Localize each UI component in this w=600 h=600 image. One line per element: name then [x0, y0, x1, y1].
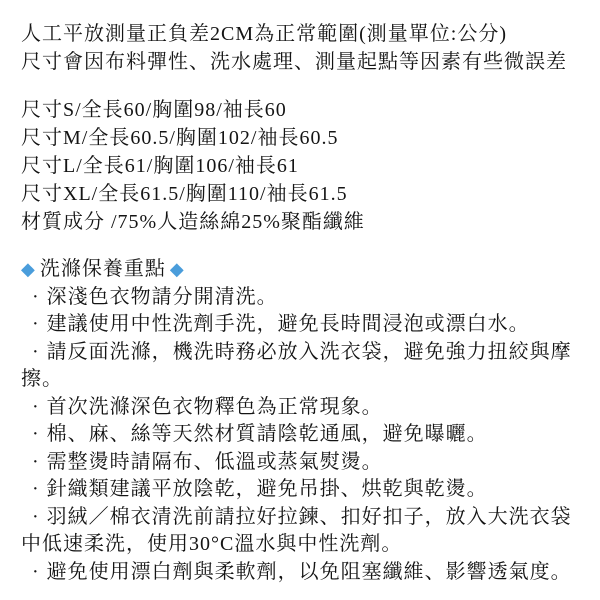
- care-item: ·深淺色衣物請分開清洗。: [21, 284, 585, 312]
- size-spec-m: 尺寸M/全長60.5/胸圍102/袖長60.5: [21, 124, 585, 152]
- care-item-text: 首次洗滌深色衣物釋色為正常現象。: [47, 396, 383, 418]
- care-item: ·首次洗滌深色衣物釋色為正常現象。: [21, 394, 585, 422]
- care-item: ·避免使用漂白劑與柔軟劑，以免阻塞纖維、影響透氣度。: [21, 559, 585, 587]
- bullet-dot: ·: [32, 561, 40, 583]
- bullet-dot: ·: [32, 396, 40, 418]
- bullet-dot: ·: [32, 313, 40, 335]
- bullet-dot: ·: [32, 286, 40, 308]
- care-heading: ◆洗滌保養重點◆: [21, 256, 585, 284]
- material-composition: 材質成分 /75%人造絲綿25%聚酯纖維: [21, 208, 585, 236]
- care-heading-text: 洗滌保養重點: [40, 258, 166, 280]
- bullet-dot: ·: [32, 341, 40, 363]
- care-item-text: 羽絨／棉衣清洗前請拉好拉鍊、扣好扣子，放入大洗衣袋中低速柔洗，使用30°C溫水與…: [21, 506, 572, 556]
- care-item-text: 避免使用漂白劑與柔軟劑，以免阻塞纖維、影響透氣度。: [47, 561, 572, 583]
- bullet-dot: ·: [32, 506, 40, 528]
- product-description-page: { "colors": { "background": "#ffffff", "…: [0, 0, 600, 600]
- care-item: ·針織類建議平放陰乾，避免吊掛、烘乾與乾燙。: [21, 476, 585, 504]
- care-item-text: 需整燙時請隔布、低溫或蒸氣熨燙。: [47, 451, 383, 473]
- care-item-text: 深淺色衣物請分開清洗。: [47, 286, 278, 308]
- care-item-text: 針織類建議平放陰乾，避免吊掛、烘乾與乾燙。: [47, 478, 488, 500]
- bullet-dot: ·: [32, 478, 40, 500]
- care-instructions-section: ◆洗滌保養重點◆ ·深淺色衣物請分開清洗。 ·建議使用中性洗劑手洗，避免長時間浸…: [21, 256, 585, 586]
- care-item: ·羽絨／棉衣清洗前請拉好拉鍊、扣好扣子，放入大洗衣袋中低速柔洗，使用30°C溫水…: [21, 504, 585, 559]
- measurement-note-line-1: 人工平放測量正負差2CM為正常範圍(測量單位:公分): [21, 20, 585, 48]
- bullet-dot: ·: [32, 423, 40, 445]
- diamond-icon: ◆: [170, 256, 185, 284]
- measurement-notes: 人工平放測量正負差2CM為正常範圍(測量單位:公分) 尺寸會因布料彈性、洗水處理…: [21, 20, 585, 76]
- care-item: ·棉、麻、絲等天然材質請陰乾通風，避免曝曬。: [21, 421, 585, 449]
- diamond-icon: ◆: [21, 256, 36, 284]
- size-spec-l: 尺寸L/全長61/胸圍106/袖長61: [21, 152, 585, 180]
- care-item: ·建議使用中性洗劑手洗，避免長時間浸泡或漂白水。: [21, 311, 585, 339]
- care-item-text: 建議使用中性洗劑手洗，避免長時間浸泡或漂白水。: [47, 313, 530, 335]
- bullet-dot: ·: [32, 451, 40, 473]
- care-item: ·需整燙時請隔布、低溫或蒸氣熨燙。: [21, 449, 585, 477]
- size-spec-xl: 尺寸XL/全長61.5/胸圍110/袖長61.5: [21, 180, 585, 208]
- care-item-text: 請反面洗滌，機洗時務必放入洗衣袋，避免強力扭絞與摩擦。: [21, 341, 572, 391]
- size-spec-s: 尺寸S/全長60/胸圍98/袖長60: [21, 96, 585, 124]
- measurement-note-line-2: 尺寸會因布料彈性、洗水處理、測量起點等因素有些微誤差: [21, 48, 585, 76]
- size-spec-list: 尺寸S/全長60/胸圍98/袖長60 尺寸M/全長60.5/胸圍102/袖長60…: [21, 96, 585, 236]
- care-item-text: 棉、麻、絲等天然材質請陰乾通風，避免曝曬。: [47, 423, 488, 445]
- care-item: ·請反面洗滌，機洗時務必放入洗衣袋，避免強力扭絞與摩擦。: [21, 339, 585, 394]
